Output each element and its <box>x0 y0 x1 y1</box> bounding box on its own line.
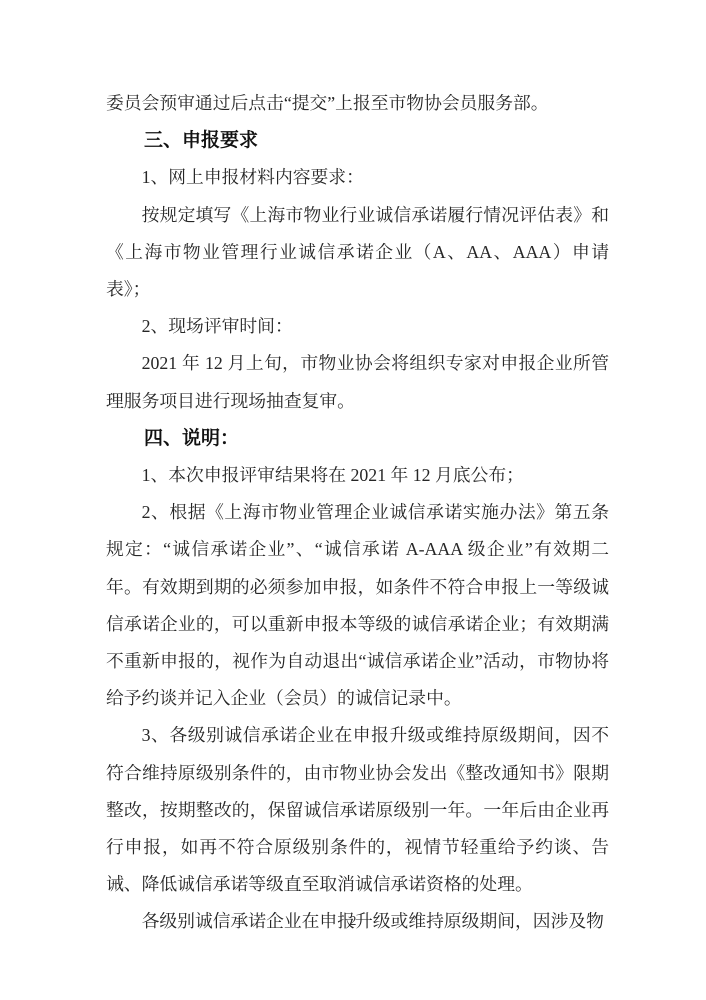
document-body: 委员会预审通过后点击“提交”上报至市物协会员服务部。三、申报要求1、网上申报材料… <box>106 85 609 941</box>
paragraph: 2、根据《上海市物业管理企业诚信承诺实施办法》第五条规定：“诚信承诺企业”、“诚… <box>106 494 609 717</box>
paragraph: 3、各级别诚信承诺企业在申报升级或维持原级期间，因不符合维持原级别条件的，由市物… <box>106 717 609 903</box>
paragraph: 2、现场评审时间： <box>106 308 609 345</box>
page-footer: 2 <box>0 912 706 930</box>
paragraph: 1、网上申报材料内容要求： <box>106 159 609 196</box>
section-heading: 三、申报要求 <box>106 122 609 159</box>
paragraph: 委员会预审通过后点击“提交”上报至市物协会员服务部。 <box>106 85 609 122</box>
paragraph: 2021 年 12 月上旬，市物业协会将组织专家对申报企业所管理服务项目进行现场… <box>106 345 609 419</box>
document-page: 委员会预审通过后点击“提交”上报至市物协会员服务部。三、申报要求1、网上申报材料… <box>0 0 706 1000</box>
page-number: 2 <box>350 913 357 928</box>
paragraph: 1、本次申报评审结果将在 2021 年 12 月底公布； <box>106 457 609 494</box>
paragraph: 按规定填写《上海市物业行业诚信承诺履行情况评估表》和《上海市物业管理行业诚信承诺… <box>106 197 609 309</box>
section-heading: 四、说明： <box>106 420 609 457</box>
